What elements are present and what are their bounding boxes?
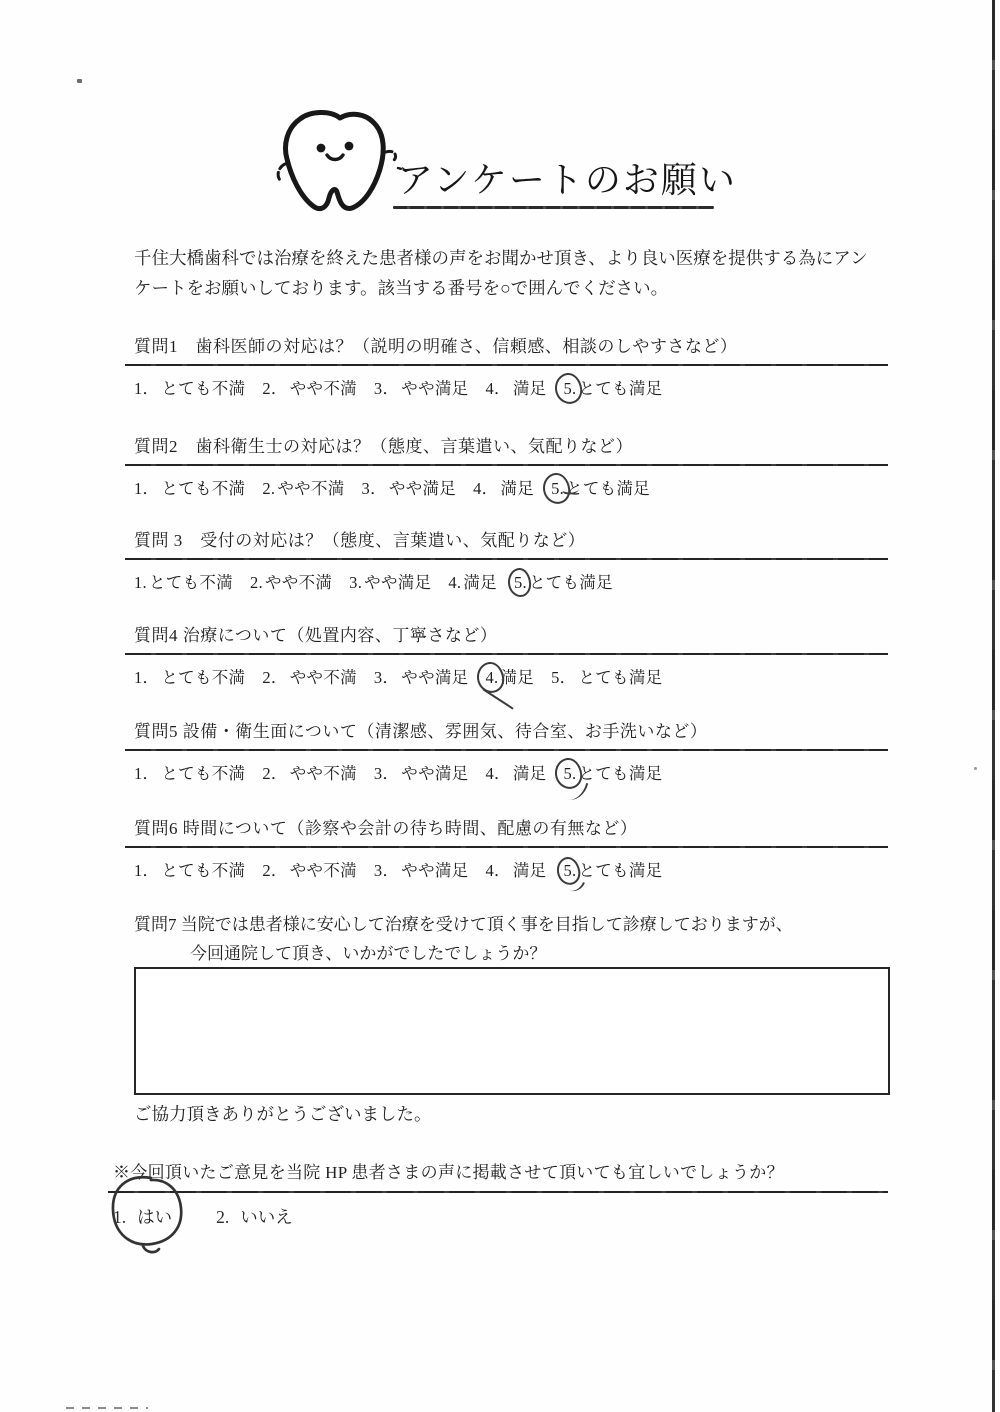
scan-edge-artifact bbox=[992, 0, 995, 1412]
answer-option: 3．やや満足 bbox=[374, 668, 469, 687]
handwritten-comment-line bbox=[178, 977, 870, 984]
answer-option: 5.とても満足 bbox=[563, 764, 662, 783]
option-number: 4. bbox=[448, 573, 461, 593]
option-number: 1． bbox=[134, 664, 159, 688]
option-label: とても不満 bbox=[161, 379, 245, 398]
scan-speck bbox=[66, 1407, 148, 1409]
tooth-right-eye bbox=[345, 142, 354, 151]
option-number: 4． bbox=[485, 760, 510, 784]
question-block-5: 質問5 設備・衛生面について（清潔感、雰囲気、待合室、お手洗いなど） 1．とても… bbox=[134, 717, 904, 784]
option-label: やや満足 bbox=[401, 764, 468, 783]
question-block-2: 質問2 歯科衛生士の対応は？（態度、言葉遣い、気配りなど） 1．とても不満2.や… bbox=[134, 432, 904, 499]
answer-option: 4．満足 bbox=[473, 479, 534, 498]
answer-option: 1.はい bbox=[113, 1207, 172, 1227]
answer-option: 2.いいえ bbox=[216, 1207, 293, 1227]
answer-option: 1．とても不満 bbox=[134, 861, 245, 880]
divider-line bbox=[108, 1191, 888, 1193]
option-number: 1. bbox=[134, 573, 147, 593]
option-number: 5. bbox=[563, 764, 576, 784]
option-label: 満足 bbox=[463, 573, 497, 592]
scanned-survey-page: アンケートのお願い 千住大橋歯科では治療を終えた患者様の声をお聞かせ頂き、より良… bbox=[0, 0, 1000, 1412]
answer-option: 4.満足 bbox=[448, 573, 497, 592]
option-label: やや満足 bbox=[401, 668, 468, 687]
option-number: 3． bbox=[374, 857, 399, 881]
answer-option: 5.とても満足 bbox=[563, 861, 662, 880]
option-label: とても不満 bbox=[161, 861, 245, 880]
thanks-line: ご協力頂きありがとうございました。 bbox=[134, 1101, 432, 1126]
answer-option: 1.とても不満 bbox=[134, 573, 233, 592]
option-number: 3． bbox=[374, 375, 399, 399]
option-label: やや不満 bbox=[290, 861, 357, 880]
answer-option: 4．満足 bbox=[485, 861, 546, 880]
option-number: 1． bbox=[134, 857, 159, 881]
option-label: 満足 bbox=[513, 764, 547, 783]
divider-line bbox=[125, 653, 888, 655]
option-number: 1． bbox=[134, 475, 159, 499]
tooth-left-hand bbox=[278, 164, 285, 182]
option-label: やや不満 bbox=[290, 764, 357, 783]
answer-option: 5.とても満足 bbox=[563, 379, 662, 398]
option-label: やや満足 bbox=[389, 479, 456, 498]
answer-option: 5．とても満足 bbox=[551, 668, 662, 687]
option-label: やや満足 bbox=[401, 379, 468, 398]
option-number: 5. bbox=[551, 479, 564, 499]
option-number: 5. bbox=[563, 379, 576, 399]
option-number: 1． bbox=[134, 375, 159, 399]
question-4-options: 1．とても不満2．やや不満3．やや満足4.満足5．とても満足 bbox=[134, 664, 904, 688]
option-label: とても不満 bbox=[161, 668, 245, 687]
question-block-6: 質問6 時間について（診察や会計の待ち時間、配慮の有無など） 1．とても不満2．… bbox=[134, 814, 904, 881]
option-number: 3. bbox=[349, 573, 362, 593]
title-underline bbox=[393, 206, 714, 209]
divider-line bbox=[125, 846, 888, 848]
answer-option: 2．やや不満 bbox=[262, 764, 357, 783]
option-number: 3． bbox=[374, 760, 399, 784]
option-label: とても満足 bbox=[578, 861, 662, 880]
answer-option: 4．満足 bbox=[485, 764, 546, 783]
divider-line bbox=[125, 749, 888, 751]
option-number: 4． bbox=[485, 857, 510, 881]
answer-option: 2．やや不満 bbox=[262, 379, 357, 398]
option-number: 1. bbox=[113, 1207, 126, 1228]
option-number: 2. bbox=[216, 1207, 229, 1228]
divider-line bbox=[125, 558, 888, 560]
question-block-1: 質問1 歯科医師の対応は？（説明の明確さ、信頼感、相談のしやすさなど） 1．とて… bbox=[134, 332, 904, 399]
handwritten-comment-line bbox=[150, 991, 870, 999]
option-number: 4. bbox=[485, 668, 498, 688]
answer-option: 3．やや満足 bbox=[362, 479, 457, 498]
question-3-heading: 質問 3 受付の対応は？（態度、言葉遣い、気配りなど） bbox=[134, 526, 904, 551]
question-1-heading: 質問1 歯科医師の対応は？（説明の明確さ、信頼感、相談のしやすさなど） bbox=[134, 332, 904, 357]
option-label: とても不満 bbox=[149, 573, 233, 592]
consent-options: 1.はい2.いいえ bbox=[113, 1204, 893, 1229]
option-number: 1． bbox=[134, 760, 159, 784]
answer-option: 3．やや満足 bbox=[374, 861, 469, 880]
option-label: いいえ bbox=[240, 1207, 293, 1227]
option-number: 5. bbox=[514, 573, 527, 593]
tooth-right-hand bbox=[386, 151, 396, 162]
answer-option: 2.やや不満 bbox=[250, 573, 332, 592]
smiling-tooth-icon bbox=[270, 106, 410, 224]
option-label: やや不満 bbox=[290, 668, 357, 687]
question-block-4: 質問4 治療について（処置内容、丁寧さなど） 1．とても不満2．やや不満3．やや… bbox=[134, 621, 904, 688]
option-label: 満足 bbox=[513, 379, 547, 398]
question-7-heading-line-2: 今回通院して頂き、いかがでしたでしょうか？ bbox=[190, 939, 546, 964]
handwritten-comment bbox=[150, 977, 870, 999]
option-label: やや不満 bbox=[290, 379, 357, 398]
divider-line bbox=[125, 364, 888, 366]
question-3-options: 1.とても不満2.やや不満3.やや満足4.満足5.とても満足 bbox=[134, 569, 904, 593]
option-number: 5. bbox=[563, 861, 576, 881]
option-label: とても不満 bbox=[161, 764, 245, 783]
question-6-options: 1．とても不満2．やや不満3．やや満足4．満足5.とても満足 bbox=[134, 857, 904, 881]
option-number: 2． bbox=[262, 760, 287, 784]
intro-paragraph: 千住大橋歯科では治療を終えた患者様の声をお聞かせ頂き、より良い医療を提供する為に… bbox=[134, 243, 904, 303]
question-2-options: 1．とても不満2.やや不満3．やや満足4．満足5.とても満足 bbox=[134, 475, 904, 499]
question-5-heading: 質問5 設備・衛生面について（清潔感、雰囲気、待合室、お手洗いなど） bbox=[134, 717, 904, 742]
option-label: とても満足 bbox=[529, 573, 613, 592]
answer-option: 3．やや満足 bbox=[374, 379, 469, 398]
free-comment-box bbox=[134, 967, 890, 1095]
answer-option: 3．やや満足 bbox=[374, 764, 469, 783]
option-number: 3． bbox=[374, 664, 399, 688]
divider-line bbox=[125, 464, 888, 466]
option-label: やや満足 bbox=[364, 573, 431, 592]
question-6-heading: 質問6 時間について（診察や会計の待ち時間、配慮の有無など） bbox=[134, 814, 904, 839]
answer-option: 3.やや満足 bbox=[349, 573, 431, 592]
option-number: 2． bbox=[262, 664, 287, 688]
scan-speck bbox=[974, 767, 977, 770]
page-title: アンケートのお願い bbox=[397, 152, 737, 203]
tooth-left-eye bbox=[317, 144, 326, 153]
answer-option: 4．満足 bbox=[485, 379, 546, 398]
option-label: 満足 bbox=[500, 479, 534, 498]
answer-option: 1．とても不満 bbox=[134, 668, 245, 687]
option-label: やや不満 bbox=[265, 573, 332, 592]
option-label: やや満足 bbox=[401, 861, 468, 880]
option-number: 2. bbox=[262, 479, 275, 499]
answer-option: 4.満足 bbox=[485, 668, 534, 687]
option-label: はい bbox=[137, 1207, 172, 1227]
option-number: 2. bbox=[250, 573, 263, 593]
intro-line-2: ケートをお願いしております。該当する番号を○で囲んでください。 bbox=[134, 273, 904, 303]
answer-option: 1．とても不満 bbox=[134, 764, 245, 783]
option-label: とても満足 bbox=[578, 668, 662, 687]
consent-question: ※今回頂いたご意見を当院 HP 患者さまの声に掲載させて頂いても宜しいでしょうか… bbox=[113, 1158, 893, 1183]
option-label: とても不満 bbox=[161, 479, 245, 498]
answer-option: 1．とても不満 bbox=[134, 479, 245, 498]
question-block-3: 質問 3 受付の対応は？（態度、言葉遣い、気配りなど） 1.とても不満2.やや不… bbox=[134, 526, 904, 593]
option-number: 2． bbox=[262, 857, 287, 881]
question-5-options: 1．とても不満2．やや不満3．やや満足4．満足5.とても満足 bbox=[134, 760, 904, 784]
option-number: 2． bbox=[262, 375, 287, 399]
option-number: 3． bbox=[362, 475, 387, 499]
option-number: 4． bbox=[473, 475, 498, 499]
answer-option: 1．とても不満 bbox=[134, 379, 245, 398]
question-4-heading: 質問4 治療について（処置内容、丁寧さなど） bbox=[134, 621, 904, 646]
option-number: 4． bbox=[485, 375, 510, 399]
option-label: とても満足 bbox=[578, 379, 662, 398]
consent-block: ※今回頂いたご意見を当院 HP 患者さまの声に掲載させて頂いても宜しいでしょうか… bbox=[113, 1158, 893, 1229]
question-2-heading: 質問2 歯科衛生士の対応は？（態度、言葉遣い、気配りなど） bbox=[134, 432, 904, 457]
answer-option: 2．やや不満 bbox=[262, 668, 357, 687]
answer-option: 5.とても満足 bbox=[514, 573, 613, 592]
question-1-options: 1．とても不満2．やや不満3．やや満足4．満足5.とても満足 bbox=[134, 375, 904, 399]
scan-speck bbox=[77, 79, 82, 83]
option-label: 満足 bbox=[513, 861, 547, 880]
question-7-heading-line-1: 質問7 当院では患者様に安心して治療を受けて頂く事を目指して診療しておりますが、 bbox=[134, 910, 793, 935]
option-number: 5． bbox=[551, 664, 576, 688]
option-label: とても満足 bbox=[578, 764, 662, 783]
answer-option: 2.やや不満 bbox=[262, 479, 344, 498]
answer-option: 5.とても満足 bbox=[551, 479, 650, 498]
handwritten-comment-line bbox=[150, 991, 870, 999]
option-label: 満足 bbox=[500, 668, 534, 687]
intro-line-1: 千住大橋歯科では治療を終えた患者様の声をお聞かせ頂き、より良い医療を提供する為に… bbox=[134, 243, 904, 273]
option-label: やや不満 bbox=[277, 479, 344, 498]
answer-option: 2．やや不満 bbox=[262, 861, 357, 880]
